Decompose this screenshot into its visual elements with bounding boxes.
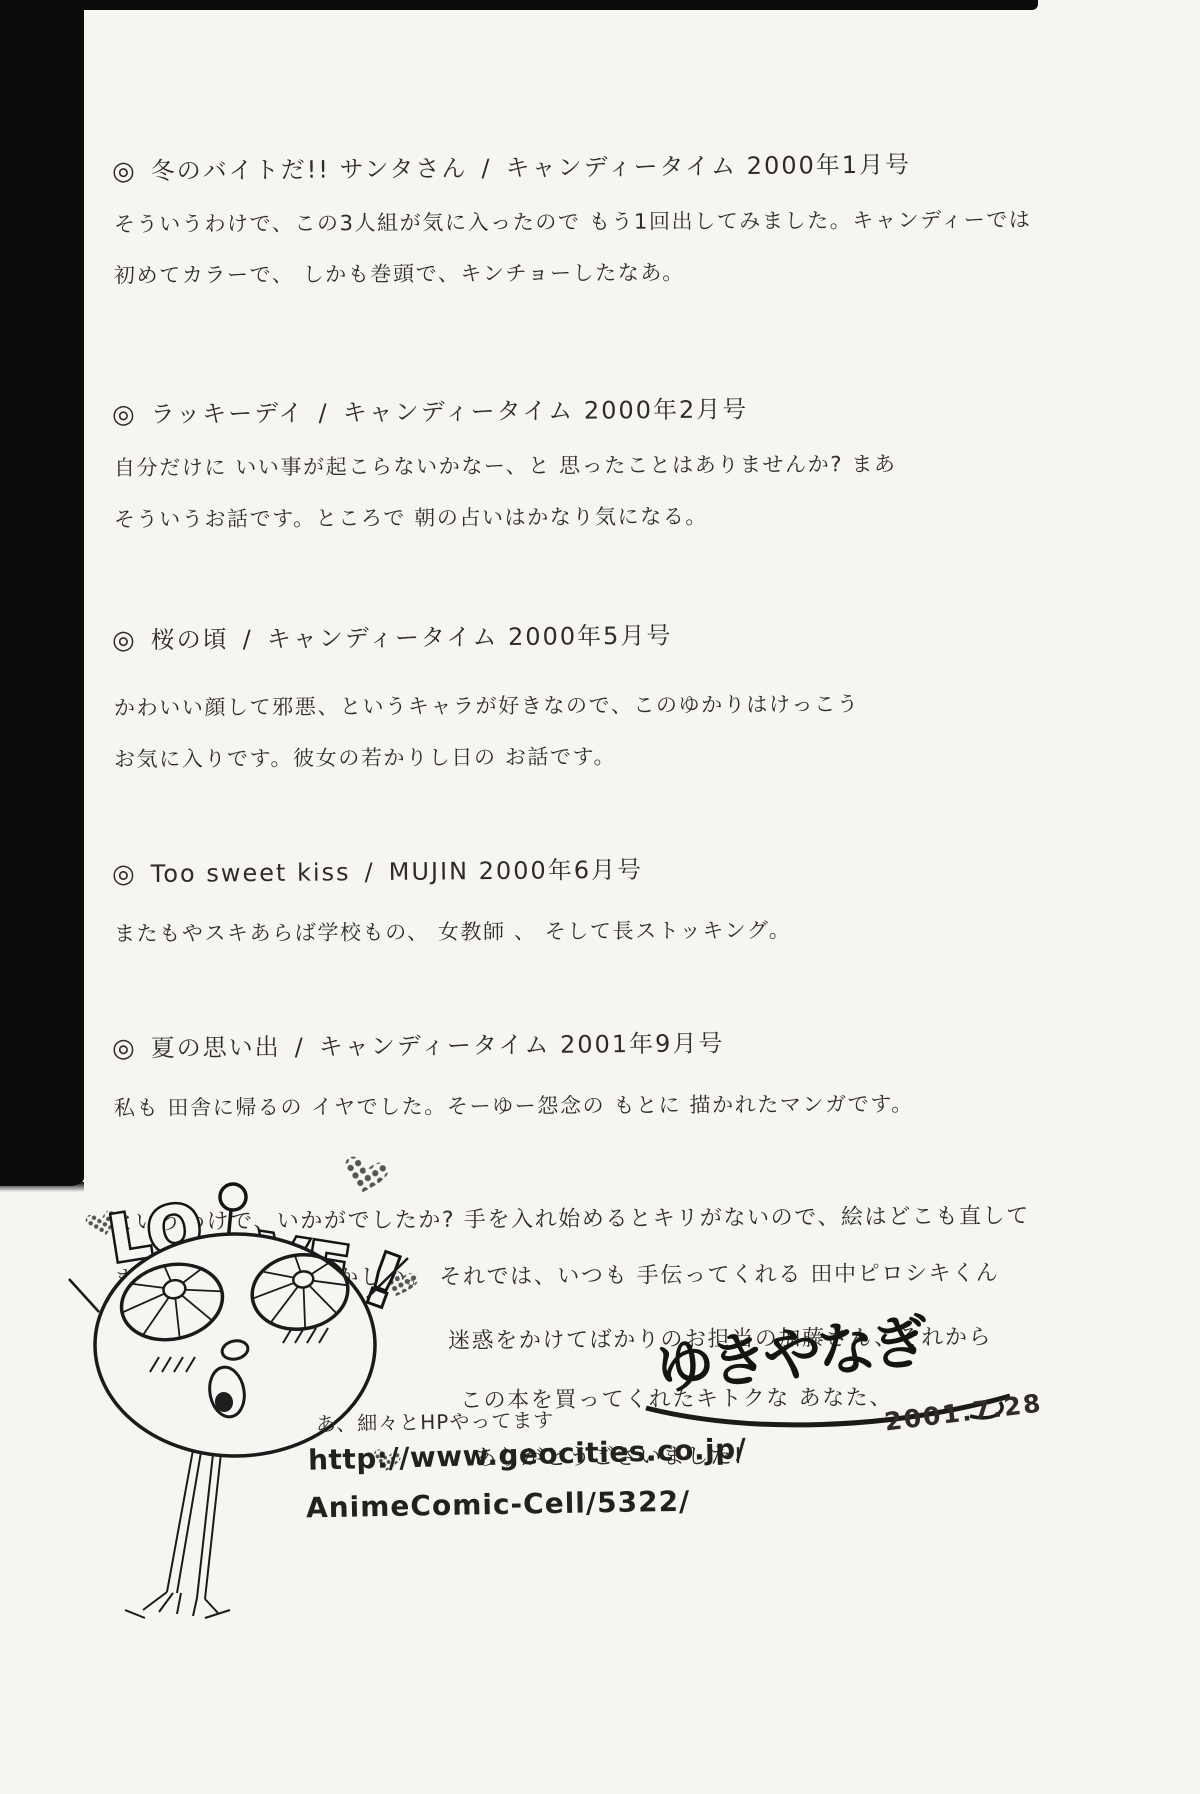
- entry-comment-line: またもやスキあらば学校もの、 女教師 、 そして長ストッキング。: [114, 914, 791, 948]
- work-entry-4: ◎Too sweet kiss/MUJIN 2000年6月号 またもやスキあらば…: [112, 852, 1152, 972]
- entry-title: ◎夏の思い出/キャンディータイム 2001年9月号: [112, 1023, 725, 1063]
- work-entry-5: ◎夏の思い出/キャンディータイム 2001年9月号 私も 田舎に帰るの イヤでし…: [112, 1026, 1152, 1146]
- entry-publication: キャンディータイム 2000年1月号: [505, 151, 911, 183]
- scanned-afterword-page: ◎冬のバイトだ!! サンタさん/キャンディータイム 2000年1月号 そういうわ…: [0, 0, 1200, 1794]
- entry-title-text: 冬のバイトだ!! サンタさん: [151, 154, 468, 185]
- entry-comment-line: そういうお話です。ところで 朝の占いはかなり気になる。: [114, 500, 708, 533]
- entry-comment-line: 初めてカラーで、 しかも巻頭で、キンチョーしたなあ。: [114, 257, 685, 290]
- work-entry-1: ◎冬のバイトだ!! サンタさん/キャンディータイム 2000年1月号 そういうわ…: [112, 148, 1152, 308]
- entry-bullet-icon: ◎: [112, 625, 137, 655]
- entry-comment-line: 私も 田舎に帰るの イヤでした。そーゆー怨念の もとに 描かれたマンガです。: [114, 1088, 914, 1122]
- entry-title: ◎桜の頃/キャンディータイム 2000年5月号: [112, 616, 673, 656]
- entry-bullet-icon: ◎: [112, 400, 137, 430]
- entry-bullet-icon: ◎: [112, 859, 137, 889]
- entry-separator: /: [295, 1033, 305, 1061]
- website-note: あ、細々とHPやってます: [316, 1404, 555, 1437]
- entry-separator: /: [318, 399, 328, 427]
- love-mascot-doodle: LO VE !: [55, 1140, 475, 1640]
- entry-title: ◎ラッキーデイ/キャンディータイム 2000年2月号: [112, 389, 748, 430]
- entry-title-text: Too sweet kiss: [151, 858, 351, 888]
- entry-publication: キャンディータイム 2001年9月号: [319, 1029, 725, 1061]
- entry-comment-line: お気に入りです。彼女の若かりし日の お話です。: [114, 741, 616, 774]
- entry-title: ◎Too sweet kiss/MUJIN 2000年6月号: [112, 850, 643, 890]
- entry-separator: /: [243, 625, 253, 653]
- entry-comment-line: 自分だけに いい事が起こらないかなー、と 思ったことはありませんか? まあ: [114, 448, 897, 482]
- entry-title: ◎冬のバイトだ!! サンタさん/キャンディータイム 2000年1月号: [112, 145, 911, 187]
- book-spine-shadow: [0, 0, 84, 1186]
- entry-separator: /: [364, 858, 374, 886]
- page-top-edge-shadow: [0, 0, 1038, 10]
- work-entry-3: ◎桜の頃/キャンディータイム 2000年5月号 かわいい顔して邪悪、というキャラ…: [112, 618, 1152, 798]
- entry-title-text: ラッキーデイ: [151, 399, 305, 428]
- entry-bullet-icon: ◎: [112, 1033, 137, 1063]
- entry-comment-line: そういうわけで、この3人組が気に入ったので もう1回出してみました。キャンディー…: [114, 204, 1032, 239]
- mascot-leg: [125, 1450, 230, 1618]
- entry-publication: キャンディータイム 2000年2月号: [343, 395, 749, 427]
- entry-publication: MUJIN 2000年6月号: [389, 856, 644, 886]
- entry-comment-line: かわいい顔して邪悪、というキャラが好きなので、このゆかりはけっこう: [114, 688, 860, 722]
- work-entry-2: ◎ラッキーデイ/キャンディータイム 2000年2月号 自分だけに いい事が起こら…: [112, 392, 1152, 552]
- entry-publication: キャンディータイム 2000年5月号: [267, 622, 673, 654]
- entry-title-text: 桜の頃: [151, 625, 229, 654]
- entry-bullet-icon: ◎: [112, 156, 137, 186]
- entry-separator: /: [481, 154, 491, 182]
- entry-title-text: 夏の思い出: [151, 1033, 281, 1062]
- website-url-line2: AnimeComic-Cell/5322/: [306, 1485, 691, 1525]
